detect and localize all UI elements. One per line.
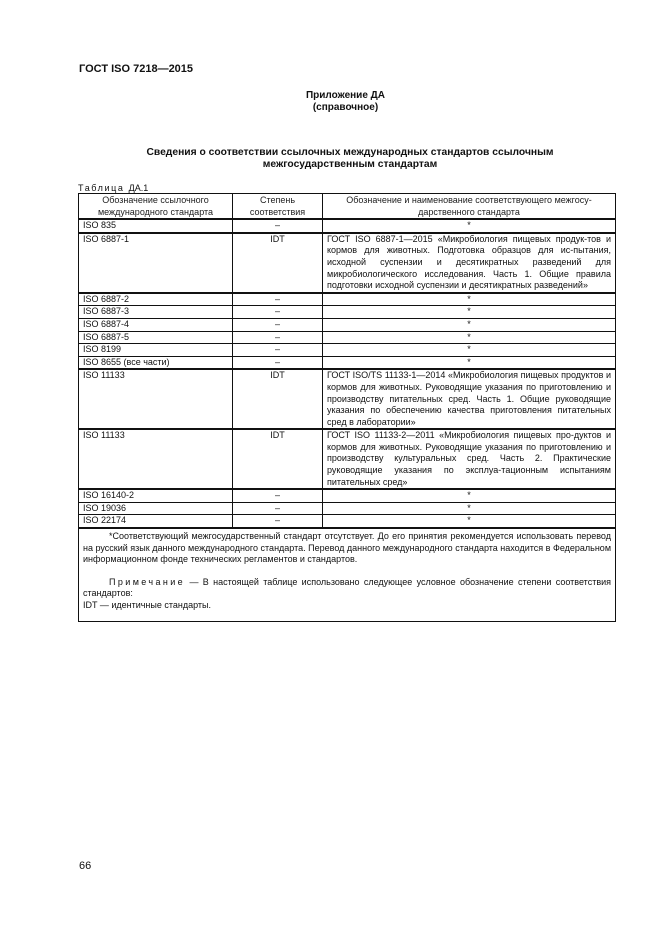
cell-degree: IDT (233, 233, 323, 293)
cell-international-standard: ISO 835 (79, 219, 233, 233)
column-header-international-standard: Обозначение ссылочного международного ст… (79, 194, 233, 220)
cell-international-standard: ISO 6887-2 (79, 293, 233, 306)
cell-degree: – (233, 331, 323, 344)
cell-international-standard: ISO 8199 (79, 344, 233, 357)
table-row: ISO 6887-4–* (79, 318, 616, 331)
standards-correspondence-table: Обозначение ссылочного международного ст… (78, 193, 616, 622)
cell-degree: – (233, 344, 323, 357)
table-row: ISO 16140-2–* (79, 489, 616, 502)
cell-international-standard: ISO 8655 (все части) (79, 356, 233, 369)
table-footer: *Соответствующий межгосударственный стан… (79, 528, 616, 621)
cell-international-standard: ISO 22174 (79, 515, 233, 528)
table-caption-label: Таблица (78, 183, 125, 193)
table-row: ISO 8199–* (79, 344, 616, 357)
cell-interstate-standard: * (323, 489, 616, 502)
table-row: ISO 6887-5–* (79, 331, 616, 344)
column-header-interstate-standard: Обозначение и наименование соответствующ… (323, 194, 616, 220)
table-row: ISO 6887-1IDTГОСТ ISO 6887-1—2015 «Микро… (79, 233, 616, 293)
cell-degree: – (233, 293, 323, 306)
cell-degree: IDT (233, 369, 323, 429)
table-row: ISO 22174–* (79, 515, 616, 528)
footnote: *Соответствующий межгосударственный стан… (83, 531, 611, 566)
cell-international-standard: ISO 11133 (79, 369, 233, 429)
document-code: ГОСТ ISO 7218—2015 (79, 63, 193, 75)
table-row: ISO 835–* (79, 219, 616, 233)
table-row: ISO 11133IDTГОСТ ISO 11133-2—2011 «Микро… (79, 429, 616, 489)
cell-international-standard: ISO 6887-4 (79, 318, 233, 331)
annex-title: Приложение ДА (30, 90, 661, 102)
cell-degree: – (233, 489, 323, 502)
table-caption: Таблица ДА.1 (78, 183, 148, 193)
cell-degree: IDT (233, 429, 323, 489)
cell-interstate-standard: * (323, 344, 616, 357)
cell-interstate-standard: * (323, 502, 616, 515)
annex-subtitle: (справочное) (30, 102, 661, 114)
cell-degree: – (233, 356, 323, 369)
cell-international-standard: ISO 6887-1 (79, 233, 233, 293)
cell-international-standard: ISO 11133 (79, 429, 233, 489)
table-footer-row: *Соответствующий межгосударственный стан… (79, 528, 616, 621)
table-row: ISO 6887-2–* (79, 293, 616, 306)
cell-interstate-standard: ГОСТ ISO/TS 11133-1—2014 «Микробиология … (323, 369, 616, 429)
cell-interstate-standard: ГОСТ ISO 11133-2—2011 «Микробиология пищ… (323, 429, 616, 489)
column-header-degree: Степень соответствия (233, 194, 323, 220)
table-row: ISO 6887-3–* (79, 306, 616, 319)
cell-interstate-standard: * (323, 515, 616, 528)
cell-interstate-standard: * (323, 331, 616, 344)
cell-interstate-standard: * (323, 306, 616, 319)
cell-international-standard: ISO 16140-2 (79, 489, 233, 502)
section-title: Сведения о соответствии ссылочных междун… (100, 147, 600, 171)
table-caption-number: ДА.1 (129, 183, 149, 193)
cell-interstate-standard: * (323, 219, 616, 233)
note-legend: IDT — идентичные стандарты. (83, 600, 611, 612)
cell-interstate-standard: * (323, 318, 616, 331)
cell-degree: – (233, 306, 323, 319)
cell-interstate-standard: * (323, 356, 616, 369)
cell-international-standard: ISO 19036 (79, 502, 233, 515)
cell-international-standard: ISO 6887-3 (79, 306, 233, 319)
annex-heading: Приложение ДА (справочное) (0, 90, 661, 114)
note-label: Примечание (109, 577, 185, 587)
cell-degree: – (233, 515, 323, 528)
cell-degree: – (233, 318, 323, 331)
cell-degree: – (233, 219, 323, 233)
cell-interstate-standard: ГОСТ ISO 6887-1—2015 «Микробиология пище… (323, 233, 616, 293)
table-row: ISO 19036–* (79, 502, 616, 515)
table-header-row: Обозначение ссылочного международного ст… (79, 194, 616, 220)
note: Примечание — В настоящей таблице использ… (83, 577, 611, 600)
cell-international-standard: ISO 6887-5 (79, 331, 233, 344)
cell-interstate-standard: * (323, 293, 616, 306)
cell-degree: – (233, 502, 323, 515)
table-row: ISO 8655 (все части)–* (79, 356, 616, 369)
table-row: ISO 11133IDTГОСТ ISO/TS 11133-1—2014 «Ми… (79, 369, 616, 429)
page-number: 66 (79, 860, 91, 872)
